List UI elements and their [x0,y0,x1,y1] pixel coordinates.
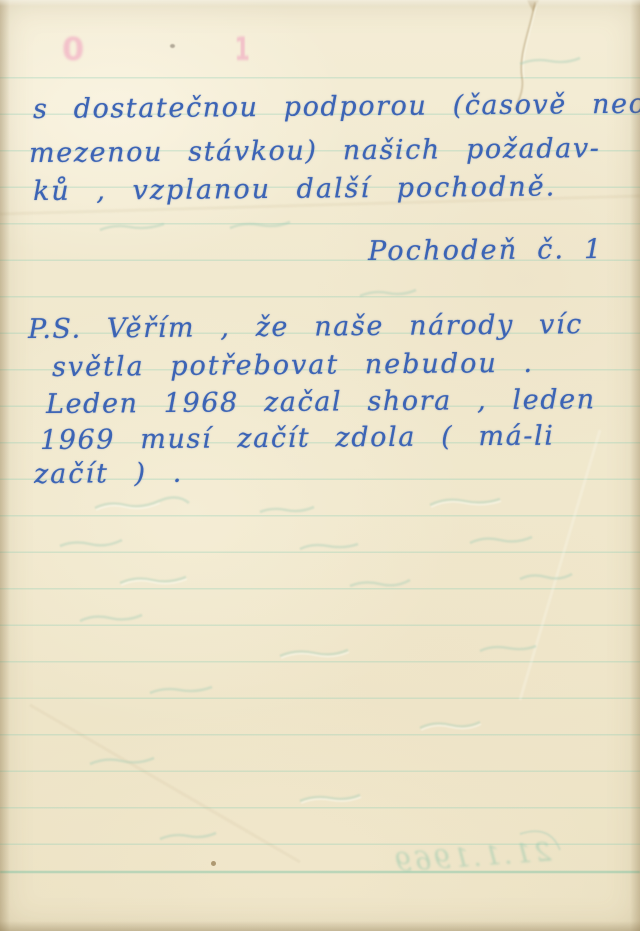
signature-torch-no-1: Pochodeň č. 1 [368,234,604,267]
stamp-digit: 0 [62,30,84,68]
scan-edge-shadow-bottom [0,921,640,931]
paper-speck [211,861,216,866]
scan-edge-highlight-top [0,0,640,6]
scan-edge-shadow-left [0,0,10,931]
ps-line-4: 1969 musí začít zdola ( má-li [40,421,555,456]
bleedthrough-date-mirrored: 21.1.1969 [391,837,552,878]
letter-scan-page: 0 1 s dostatečnou podporou (časově neo- … [0,0,640,931]
ps-line-1: P.S. Věřím , že naše národy víc [28,309,583,345]
ps-line-3: Leden 1968 začal shora , leden [46,384,596,420]
ps-line-2: světla potřebovat nebudou . [52,348,534,383]
ink-speck [170,44,175,48]
body-line-2: mezenou stávkou) našich požadav- [29,133,601,169]
stamp-digit: 1 [234,30,250,68]
ps-line-5: začít ) . [34,458,183,490]
body-line-3: ků , vzplanou další pochodně. [33,171,557,207]
ruled-line-strong [0,871,640,873]
scan-edge-shadow-right [630,0,640,931]
body-line-1: s dostatečnou podporou (časově neo- [33,89,640,125]
